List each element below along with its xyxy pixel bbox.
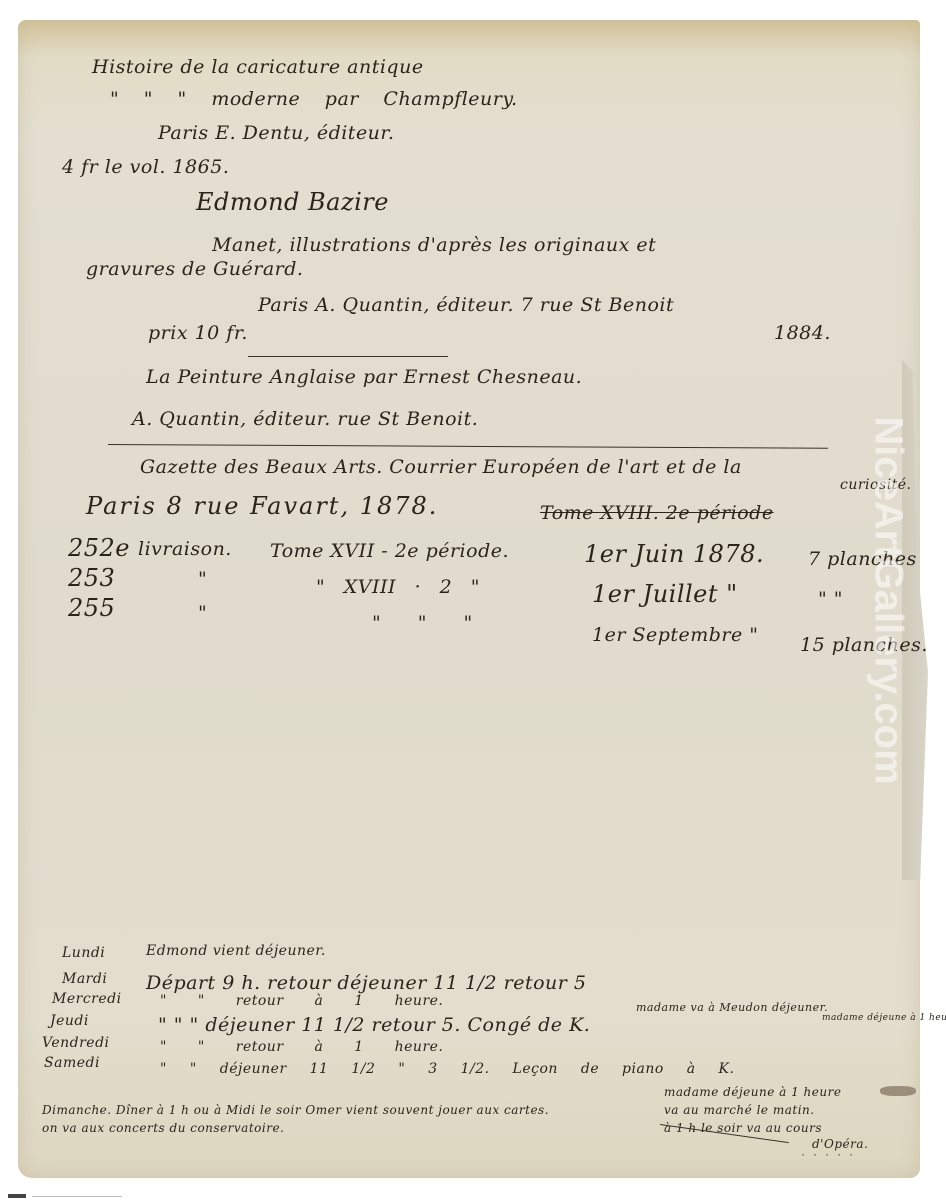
schedule-text: " " " déjeuner 11 1/2 retour 5. Congé de… [158,1016,590,1035]
gazette-title: Gazette des Beaux Arts. Courrier Europée… [140,458,742,477]
entry-line-12: A. Quantin, éditeur. rue St Benoit. [132,410,478,429]
issue-number: 253 [68,566,115,590]
watermark-text: NiceArtGallery.com [866,416,911,784]
issue-label: " [198,570,207,589]
issue-tome: " XVIII · 2 " [316,578,480,597]
entry-line-7: gravures de Guérard. [86,260,303,279]
schedule-sunday-cont: on va aux concerts du conservatoire. [42,1122,284,1134]
schedule-day: Lundi [62,946,105,960]
schedule-text: " " retour à 1 heure. [160,1040,443,1054]
schedule-day: Mercredi [52,992,122,1006]
entry-line-1: Histoire de la caricature antique [92,58,424,77]
entry-line-8: Paris A. Quantin, éditeur. 7 rue St Beno… [258,296,674,315]
entry-line-5: Edmond Bazire [196,190,389,214]
underline [248,356,448,357]
schedule-day: Samedi [44,1056,100,1070]
schedule-note: madame va à Meudon déjeuner. [636,1002,828,1013]
issue-number: 252e [68,536,130,560]
watermark: NiceArtGallery.com [858,395,918,805]
entry-line-2: " " " moderne par Champfleury. [110,90,518,109]
issue-date: 1er Juillet " [592,582,738,606]
entry-line-10: 1884. [774,324,831,343]
side-note: va au marché le matin. [664,1104,815,1116]
schedule-text: " " retour à 1 heure. [160,994,443,1008]
entry-line-6: Manet, illustrations d'après les origina… [212,236,656,255]
footer-caption [8,1193,122,1199]
issue-number: 255 [68,596,115,620]
entry-line-9: prix 10 fr. [148,324,248,343]
issue-date: 1er Juin 1878. [584,542,764,566]
ink-smudge [880,1086,916,1096]
gazette-address: Paris 8 rue Favart, 1878. [86,494,438,518]
entry-line-3: Paris E. Dentu, éditeur. [158,124,394,143]
side-note: d'Opéra. [812,1138,868,1150]
issue-tome: " " " [372,614,473,633]
schedule-sunday: Dimanche. Dîner à 1 h ou à Midi le soir … [42,1104,549,1116]
schedule-day: Mardi [62,972,107,986]
schedule-text: " " déjeuner 11 1/2 " 3 1/2. Leçon de pi… [160,1062,734,1076]
side-note: madame déjeune à 1 heure [664,1086,841,1098]
site-logo [8,1194,26,1198]
schedule-text: Départ 9 h. retour déjeuner 11 1/2 retou… [146,974,587,993]
issue-date: 1er Septembre " [592,626,759,645]
issue-tome: Tome XVII - 2e période. [270,542,509,561]
schedule-text: Edmond vient déjeuner. [146,944,326,958]
entry-line-11: La Peinture Anglaise par Ernest Chesneau… [146,368,582,387]
schedule-note: madame déjeune à 1 heure [822,1014,946,1023]
entry-line-4: 4 fr le vol. 1865. [62,158,229,177]
paper-stain [18,20,920,56]
schedule-day: Vendredi [42,1036,110,1050]
caption-line [32,1196,122,1197]
issue-label: " [198,604,207,623]
schedule-day: Jeudi [50,1014,89,1028]
issue-plates: " " [818,590,843,609]
pencil-marks: · · · · · [800,1150,854,1161]
issue-label: livraison. [138,540,232,559]
gazette-struck-tome: Tome XVIII. 2e période [540,504,774,523]
